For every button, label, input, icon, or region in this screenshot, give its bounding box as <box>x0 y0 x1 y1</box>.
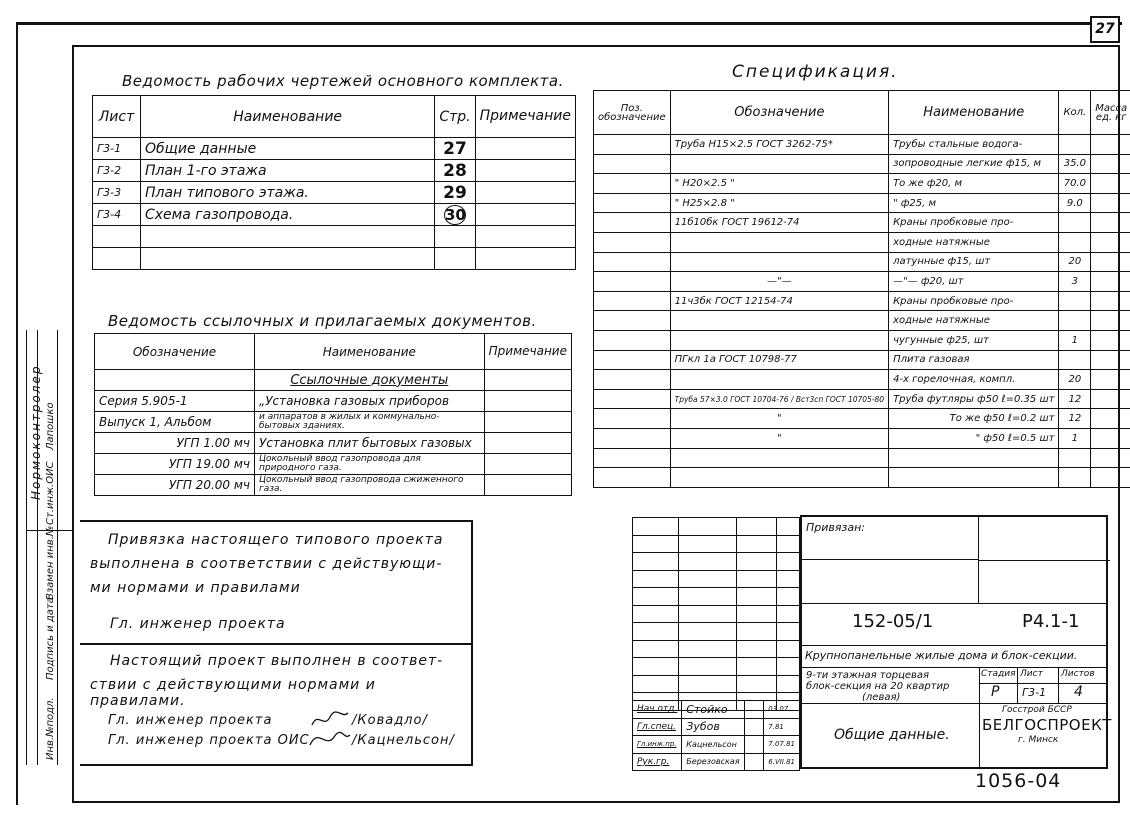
table-row: Г3-1 Общие данные 27 <box>93 138 576 160</box>
signature-grid: Нач.отд.Стойко03.07 Гл.спец.Зубов7.81 Гл… <box>632 700 800 771</box>
specification-title: Спецификация. <box>732 62 899 82</box>
table-row: 11ч3бк ГОСТ 12154-74Краны пробковые про- <box>594 291 1130 311</box>
table-row: УГП 20.00 мч Цокольный ввод газопровода … <box>95 475 572 496</box>
inventory-number: 1056-04 <box>975 770 1061 792</box>
table-row: 4-х горелочная, компл.20 <box>594 370 1130 390</box>
col-note: Примечание <box>484 334 571 370</box>
table-row: ПГкл 1а ГОСТ 10798-77Плита газовая <box>594 350 1130 370</box>
col-name: Наименование <box>255 334 485 370</box>
col-code: Обозначение <box>95 334 255 370</box>
table-row: Выпуск 1, Альбом и аппаратов в жилых и к… <box>95 412 572 433</box>
compliance-note: Настоящий проект выполнен в соответ- ств… <box>80 643 473 766</box>
col-code: Обозначение <box>670 91 888 135</box>
col-qty: Кол. <box>1059 91 1091 135</box>
sidebar-label-replace: Взамен инв.№ <box>45 526 56 600</box>
table-row: "" ф50 ℓ=0.5 шт1 <box>594 428 1130 448</box>
col-mass: Масса ед. кг <box>1091 91 1130 135</box>
organization: БЕЛГОСПРОЕКТ <box>982 716 1112 734</box>
col-page: Стр. <box>435 96 475 138</box>
album-code: Р4.1-1 <box>1022 611 1079 632</box>
table-row: зопроводные легкие ф15, м35.0 <box>594 154 1130 174</box>
table-row: ходные натяжные <box>594 232 1130 252</box>
col-pos: Поз. обозначение <box>594 91 671 135</box>
drawings-list-title: Ведомость рабочих чертежей основного ком… <box>122 72 564 90</box>
table-row: —"——"— ф20, шт3 <box>594 272 1130 292</box>
sheet-number: 27 <box>1090 16 1120 43</box>
table-row: Г3-3 План типового этажа. 29 <box>93 182 576 204</box>
sidebar-label-signature: Подпись и дата <box>45 597 56 680</box>
table-row: " Н20×2.5 "То же ф20, м70.0 <box>594 174 1130 194</box>
signer1-name: /Ковадло/ <box>352 713 428 728</box>
col-name: Наименование <box>141 96 435 138</box>
signature-mark <box>308 707 352 751</box>
section-label: Ссылочные документы <box>290 373 448 388</box>
table-row: Г3-4 Схема газопровода. 30 <box>93 204 576 226</box>
col-note: Примечание <box>475 96 575 138</box>
table-row: "То же ф50 ℓ=0.2 шт12 <box>594 409 1130 429</box>
sheet-title: Общие данные. <box>834 727 950 743</box>
signature-row: Гл.спец.Зубов7.81 <box>633 718 800 736</box>
project-code: 152-05/1 <box>852 611 933 632</box>
col-name: Наименование <box>889 91 1059 135</box>
series-title: Крупнопанельные жилые дома и блок-секции… <box>805 649 1077 662</box>
sidebar-label-engineer: Ст.инж.ОИС <box>45 461 56 525</box>
table-row: 11б10бк ГОСТ 19612-74Краны пробковые про… <box>594 213 1130 233</box>
table-row: ходные натяжные <box>594 311 1130 331</box>
stage-value: Р <box>991 684 999 700</box>
table-row: " Н25×2.8 "" ф25, м9.0 <box>594 193 1130 213</box>
revision-grid <box>632 517 800 711</box>
table-row: Труба 57×3.0 ГОСТ 10704-76 / Вст3сп ГОСТ… <box>594 389 1130 409</box>
table-row: Г3-2 План 1-го этажа 28 <box>93 160 576 182</box>
references-list-title: Ведомость ссылочных и прилагаемых докуме… <box>108 312 537 330</box>
sidebar-label-inv: Инв.№подл. <box>45 697 56 760</box>
table-row: Серия 5.905-1 „Установка газовых приборо… <box>95 391 572 412</box>
normcontrol-label: Нормоконтролер <box>29 365 43 500</box>
side-stamp: Нормоконтролер Ст.инж.ОИС Лапошко Инв.№п… <box>26 330 76 765</box>
table-row: УГП 1.00 мч Установка плит бытовых газов… <box>95 433 572 454</box>
drawings-table: Лист Наименование Стр. Примечание Г3-1 О… <box>92 95 576 270</box>
signature-row: Гл.инж.пр.Кацнельсон7.07.81 <box>633 736 800 754</box>
bound-label: Привязан: <box>806 521 865 534</box>
table-row: латунные ф15, шт20 <box>594 252 1130 272</box>
table-row: УГП 19.00 мч Цокольный ввод газопровода … <box>95 454 572 475</box>
table-row: Труба Н15×2.5 ГОСТ 3262-75*Трубы стальны… <box>594 135 1130 155</box>
sidebar-label-name: Лапошко <box>45 402 56 450</box>
signature-row: Нач.отд.Стойко03.07 <box>633 701 800 719</box>
circled-page: 30 <box>444 205 466 225</box>
binding-note: Привязка настоящего типового проекта вып… <box>80 520 473 645</box>
sheet-value: Г3-1 <box>1022 686 1046 699</box>
signer2-name: /Кацнельсон/ <box>352 733 455 748</box>
references-table: Обозначение Наименование Примечание Ссыл… <box>94 333 572 496</box>
table-row: чугунные ф25, шт1 <box>594 330 1130 350</box>
signature-row: Рук.гр.Березовская6.VII.81 <box>633 753 800 771</box>
binding-signer: Гл. инженер проекта <box>110 616 286 632</box>
col-sheet: Лист <box>93 96 141 138</box>
sheets-value: 4 <box>1074 684 1083 700</box>
specification-table: Поз. обозначение Обозначение Наименовани… <box>593 90 1130 488</box>
